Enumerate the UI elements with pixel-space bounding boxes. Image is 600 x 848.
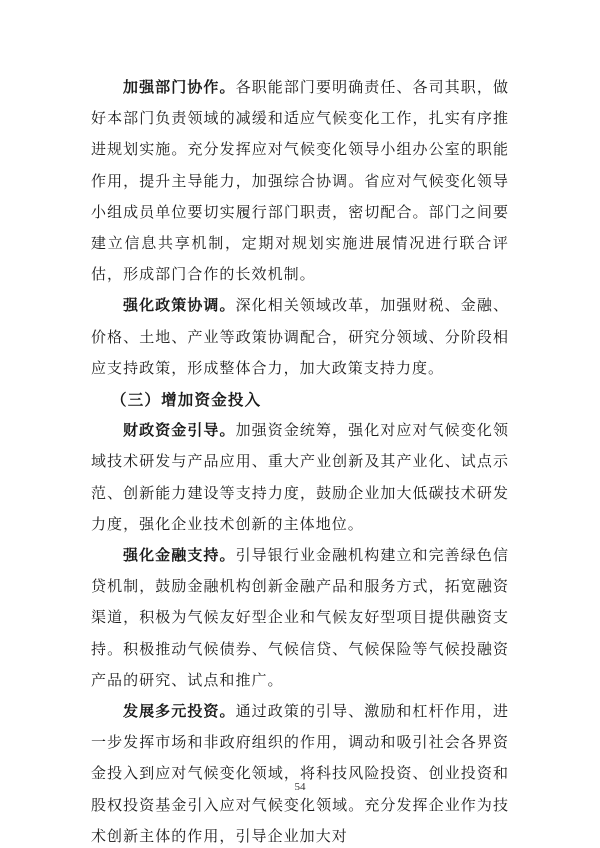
paragraph-lead: 加强部门协作。 <box>123 78 236 96</box>
paragraph-policy-coordination: 强化政策协调。深化相关领域改革，加强财税、金融、价格、土地、产业等政策协调配合，… <box>91 290 509 384</box>
paragraph-department-cooperation: 加强部门协作。各职能部门要明确责任、各司其职，做好本部门负责领域的减缓和适应气候… <box>91 72 509 290</box>
section-heading: （三）增加资金投入 <box>91 384 509 415</box>
paragraph-lead: 强化金融支持。 <box>123 546 236 564</box>
paragraph-diversified-investment: 发展多元投资。通过政策的引导、激励和杠杆作用，进一步发挥市场和非政府组织的作用，… <box>91 696 509 848</box>
paragraph-lead: 强化政策协调。 <box>123 296 236 314</box>
paragraph-fiscal-guidance: 财政资金引导。加强资金统筹，强化对应对气候变化领域技术研发与产品应用、重大产业创… <box>91 415 509 540</box>
paragraph-body: 引导银行业金融机构建立和完善绿色信贷机制，鼓励金融机构创新金融产品和服务方式，拓… <box>91 546 509 689</box>
paragraph-financial-support: 强化金融支持。引导银行业金融机构建立和完善绿色信贷机制，鼓励金融机构创新金融产品… <box>91 540 509 696</box>
paragraph-lead: 财政资金引导。 <box>123 421 236 439</box>
paragraph-lead: 发展多元投资。 <box>123 702 236 720</box>
paragraph-body: 各职能部门要明确责任、各司其职，做好本部门负责领域的减缓和适应气候变化工作，扎实… <box>91 78 509 283</box>
page-number: 54 <box>0 781 600 793</box>
paragraph-body: 通过政策的引导、激励和杠杆作用，进一步发挥市场和非政府组织的作用，调动和吸引社会… <box>91 702 509 845</box>
document-page: 加强部门协作。各职能部门要明确责任、各司其职，做好本部门负责领域的减缓和适应气候… <box>91 72 509 848</box>
